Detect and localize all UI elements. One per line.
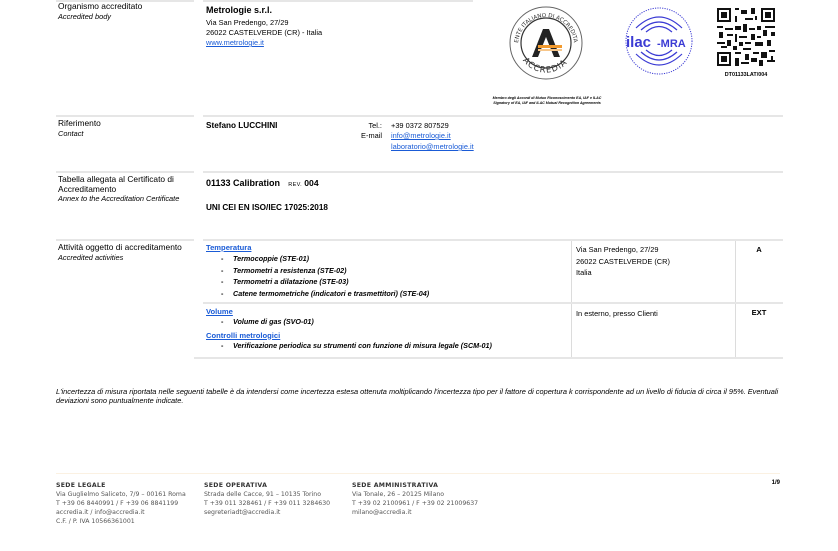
footer-line: accredia.it / info@accredia.it bbox=[56, 508, 186, 517]
label-en: Contact bbox=[58, 129, 193, 138]
separator bbox=[56, 171, 194, 173]
annex-number-row: 01133 Calibration REV. 004 bbox=[206, 178, 319, 188]
ilac-mra-logo: ilac -MRA bbox=[624, 6, 694, 76]
address-line-1: Via San Predengo, 27/29 bbox=[206, 18, 322, 28]
uncertainty-note: L'incertezza di misura riportata nelle s… bbox=[56, 387, 784, 405]
group-link-controlli-metrologici[interactable]: Controlli metrologici bbox=[206, 331, 280, 340]
svg-text:ilac: ilac bbox=[626, 34, 651, 51]
footer-line: C.F. / P. IVA 10566361001 bbox=[56, 517, 186, 526]
standard: UNI CEI EN ISO/IEC 17025:2018 bbox=[206, 203, 328, 212]
qr-code-icon bbox=[717, 8, 775, 66]
activity-row-2: Volume -Volume di gas (SVO-01) Controlli… bbox=[206, 307, 566, 351]
label-it: Tabella allegata al Certificato di Accre… bbox=[58, 175, 198, 194]
row-separator bbox=[203, 302, 783, 304]
email-label: E-mail bbox=[340, 131, 382, 140]
footer-line: T +39 011 328461 / F +39 011 3284630 bbox=[204, 499, 330, 508]
company-name: Metrologie s.r.l. bbox=[206, 4, 322, 16]
label-it: Organismo accreditato bbox=[58, 2, 193, 12]
svg-text:-MRA: -MRA bbox=[657, 38, 686, 50]
signatory-line-2: Signatory of EA, IAF and ILAC Mutual Rec… bbox=[481, 101, 613, 106]
annex-label: Tabella allegata al Certificato di Accre… bbox=[58, 175, 198, 203]
location-row-1: Via San Predengo, 27/29 26022 CASTELVERD… bbox=[576, 244, 670, 279]
location-line: Via San Predengo, 27/29 bbox=[576, 244, 670, 256]
list-item: -Termometri a resistenza (STE-02) bbox=[221, 265, 566, 277]
footer-separator bbox=[56, 473, 780, 474]
list-item: -Termocoppie (STE-01) bbox=[221, 253, 566, 265]
footer-line: Strada delle Cacce, 91 – 10135 Torino bbox=[204, 490, 330, 499]
label-en: Annex to the Accreditation Certificate bbox=[58, 194, 198, 203]
qr-code[interactable] bbox=[717, 8, 775, 66]
label-en: Accredited body bbox=[58, 12, 193, 21]
page-number: 1/9 bbox=[760, 480, 780, 486]
signatory-note: Membro degli Accordi di Mutuo Riconoscim… bbox=[481, 96, 613, 106]
contact-label: Riferimento Contact bbox=[58, 119, 193, 138]
footer-title: SEDE OPERATIVA bbox=[204, 481, 330, 490]
footer-title: SEDE LEGALE bbox=[56, 481, 186, 490]
email-link-laboratorio[interactable]: laboratorio@metrologie.it bbox=[391, 142, 474, 151]
item-list: -Verificazione periodica su strumenti co… bbox=[221, 340, 566, 352]
qr-code-label: DT01133LAT/004 bbox=[712, 72, 780, 78]
column-divider bbox=[735, 241, 736, 358]
footer-line: T +39 06 8440991 / F +39 06 8841199 bbox=[56, 499, 186, 508]
contact-person: Stefano LUCCHINI bbox=[206, 121, 277, 130]
location-line: Italia bbox=[576, 267, 670, 279]
location-row-2: In esterno, presso Clienti bbox=[576, 308, 658, 319]
footer-line: segreteriadt@accredia.it bbox=[204, 508, 330, 517]
footer-line: Via Tonale, 26 – 20125 Milano bbox=[352, 490, 478, 499]
tel-label: Tel.: bbox=[340, 121, 382, 130]
activities-label: Attività oggetto di accreditamento Accre… bbox=[58, 243, 198, 262]
row-separator bbox=[194, 357, 783, 359]
rev-label: REV. bbox=[288, 182, 302, 188]
accredia-logo-icon: ENTE ITALIANO DI ACCREDITAMENTO ACCREDIA bbox=[508, 5, 584, 81]
rev-number: 004 bbox=[304, 178, 318, 188]
tel-value: +39 0372 807529 bbox=[391, 121, 449, 130]
footer-admin: SEDE AMMINISTRATIVA Via Tonale, 26 – 201… bbox=[352, 481, 478, 517]
annex-number: 01133 Calibration bbox=[206, 178, 280, 188]
column-divider bbox=[571, 241, 572, 358]
footer-operative: SEDE OPERATIVA Strada delle Cacce, 91 – … bbox=[204, 481, 330, 517]
list-item: -Verificazione periodica su strumenti co… bbox=[221, 340, 566, 352]
separator bbox=[203, 115, 783, 117]
label-en: Accredited activities bbox=[58, 253, 198, 262]
label-it: Attività oggetto di accreditamento bbox=[58, 243, 198, 253]
location-line: In esterno, presso Clienti bbox=[576, 308, 658, 319]
separator bbox=[203, 239, 783, 241]
footer-legal: SEDE LEGALE Via Guglielmo Saliceto, 7/9 … bbox=[56, 481, 186, 526]
label-it: Riferimento bbox=[58, 119, 193, 129]
group-link-volume[interactable]: Volume bbox=[206, 307, 233, 316]
group-link-temperatura[interactable]: Temperatura bbox=[206, 243, 251, 252]
footer-line: milano@accredia.it bbox=[352, 508, 478, 517]
list-item: -Termometri a dilatazione (STE-03) bbox=[221, 276, 566, 288]
separator bbox=[56, 115, 194, 117]
address-line-2: 26022 CASTELVERDE (CR) - Italia bbox=[206, 28, 322, 38]
footer-title: SEDE AMMINISTRATIVA bbox=[352, 481, 478, 490]
footer-line: Via Guglielmo Saliceto, 7/9 – 00161 Roma bbox=[56, 490, 186, 499]
website-link[interactable]: www.metrologie.it bbox=[206, 37, 322, 49]
site-code-row-1: A bbox=[736, 245, 782, 254]
separator bbox=[56, 239, 194, 241]
footer-line: T +39 02 2100961 / F +39 02 21009637 bbox=[352, 499, 478, 508]
separator bbox=[203, 0, 473, 2]
email-link-info[interactable]: info@metrologie.it bbox=[391, 131, 451, 140]
site-code-row-2: EXT bbox=[736, 308, 782, 317]
separator bbox=[203, 171, 783, 173]
accredia-logo: ENTE ITALIANO DI ACCREDITAMENTO ACCREDIA bbox=[508, 5, 584, 81]
location-line: 26022 CASTELVERDE (CR) bbox=[576, 256, 670, 268]
accredited-body-info: Metrologie s.r.l. Via San Predengo, 27/2… bbox=[206, 4, 322, 49]
accredited-body-label: Organismo accreditato Accredited body bbox=[58, 2, 193, 21]
item-list: -Termocoppie (STE-01) -Termometri a resi… bbox=[221, 253, 566, 299]
ilac-mra-icon: ilac -MRA bbox=[624, 6, 694, 76]
list-item: -Catene termometriche (indicatori e tras… bbox=[221, 288, 566, 300]
list-item: -Volume di gas (SVO-01) bbox=[221, 316, 566, 328]
item-list: -Volume di gas (SVO-01) bbox=[221, 316, 566, 328]
activity-row-1: Temperatura -Termocoppie (STE-01) -Termo… bbox=[206, 243, 566, 299]
